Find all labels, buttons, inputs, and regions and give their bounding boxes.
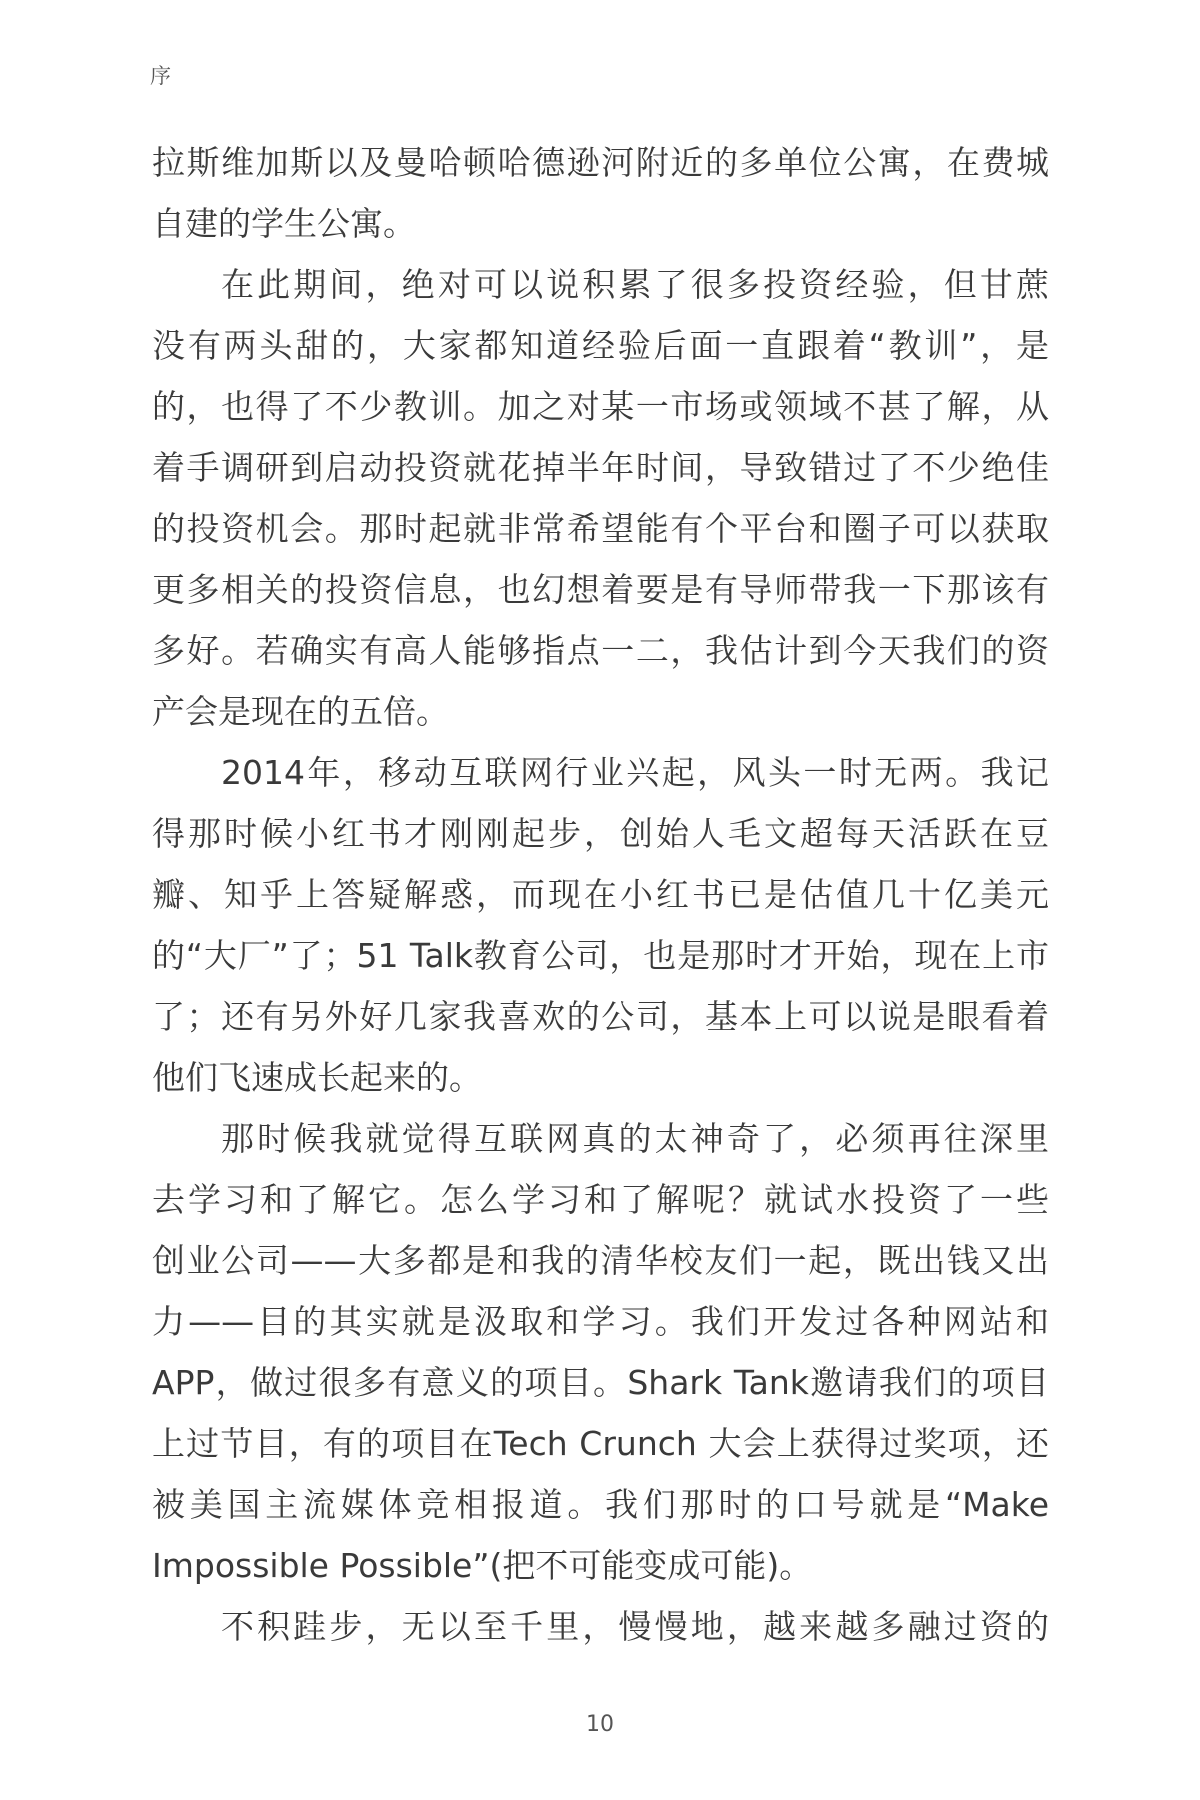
- text-line: 创业公司——大多都是和我的清华校友们一起，既出钱又出: [152, 1230, 1049, 1291]
- text-line: 去学习和了解它。怎么学习和了解呢？就试水投资了一些: [152, 1169, 1049, 1230]
- text-line: Impossible Possible”(把不可能变成可能)。: [152, 1535, 1049, 1596]
- text-line: 力——目的其实就是汲取和学习。我们开发过各种网站和: [152, 1291, 1049, 1352]
- text-line: 那时候我就觉得互联网真的太神奇了，必须再往深里: [152, 1108, 1049, 1169]
- text-line: 上过节目，有的项目在Tech Crunch 大会上获得过奖项，还: [152, 1413, 1049, 1474]
- paragraph: 2014年，移动互联网行业兴起，风头一时无两。我记 得那时候小红书才刚刚起步，创…: [152, 742, 1049, 1108]
- paragraph: 不积跬步，无以至千里，慢慢地，越来越多融过资的: [152, 1596, 1049, 1657]
- text-line: 了；还有另外好几家我喜欢的公司，基本上可以说是眼看着: [152, 986, 1049, 1047]
- text-line: 2014年，移动互联网行业兴起，风头一时无两。我记: [152, 742, 1049, 803]
- paragraph: 在此期间，绝对可以说积累了很多投资经验，但甘蔗 没有两头甜的，大家都知道经验后面…: [152, 254, 1049, 742]
- text-line: 拉斯维加斯以及曼哈顿哈德逊河附近的多单位公寓，在费城: [152, 132, 1049, 193]
- text-line: 着手调研到启动投资就花掉半年时间，导致错过了不少绝佳: [152, 437, 1049, 498]
- text-line: 在此期间，绝对可以说积累了很多投资经验，但甘蔗: [152, 254, 1049, 315]
- page-number: 10: [0, 1711, 1200, 1739]
- text-line: 的“大厂”了；51 Talk教育公司，也是那时才开始，现在上市: [152, 925, 1049, 986]
- text-line: 的，也得了不少教训。加之对某一市场或领域不甚了解，从: [152, 376, 1049, 437]
- text-line: 得那时候小红书才刚刚起步，创始人毛文超每天活跃在豆: [152, 803, 1049, 864]
- text-line: APP，做过很多有意义的项目。Shark Tank邀请我们的项目: [152, 1352, 1049, 1413]
- text-line: 自建的学生公寓。: [152, 193, 1049, 254]
- text-line: 的投资机会。那时起就非常希望能有个平台和圈子可以获取: [152, 498, 1049, 559]
- paragraph: 那时候我就觉得互联网真的太神奇了，必须再往深里 去学习和了解它。怎么学习和了解呢…: [152, 1108, 1049, 1596]
- text-line: 产会是现在的五倍。: [152, 681, 1049, 742]
- running-header-chapter-title: 序: [150, 62, 171, 90]
- text-line: 不积跬步，无以至千里，慢慢地，越来越多融过资的: [152, 1596, 1049, 1657]
- text-line: 瓣、知乎上答疑解惑，而现在小红书已是估值几十亿美元: [152, 864, 1049, 925]
- text-line: 更多相关的投资信息，也幻想着要是有导师带我一下那该有: [152, 559, 1049, 620]
- text-line: 没有两头甜的，大家都知道经验后面一直跟着“教训”，是: [152, 315, 1049, 376]
- text-line: 被美国主流媒体竞相报道。我们那时的口号就是“Make: [152, 1474, 1049, 1535]
- paragraph: 拉斯维加斯以及曼哈顿哈德逊河附近的多单位公寓，在费城 自建的学生公寓。: [152, 132, 1049, 254]
- body-text: 拉斯维加斯以及曼哈顿哈德逊河附近的多单位公寓，在费城 自建的学生公寓。 在此期间…: [152, 132, 1049, 1657]
- text-line: 多好。若确实有高人能够指点一二，我估计到今天我们的资: [152, 620, 1049, 681]
- text-line: 他们飞速成长起来的。: [152, 1047, 1049, 1108]
